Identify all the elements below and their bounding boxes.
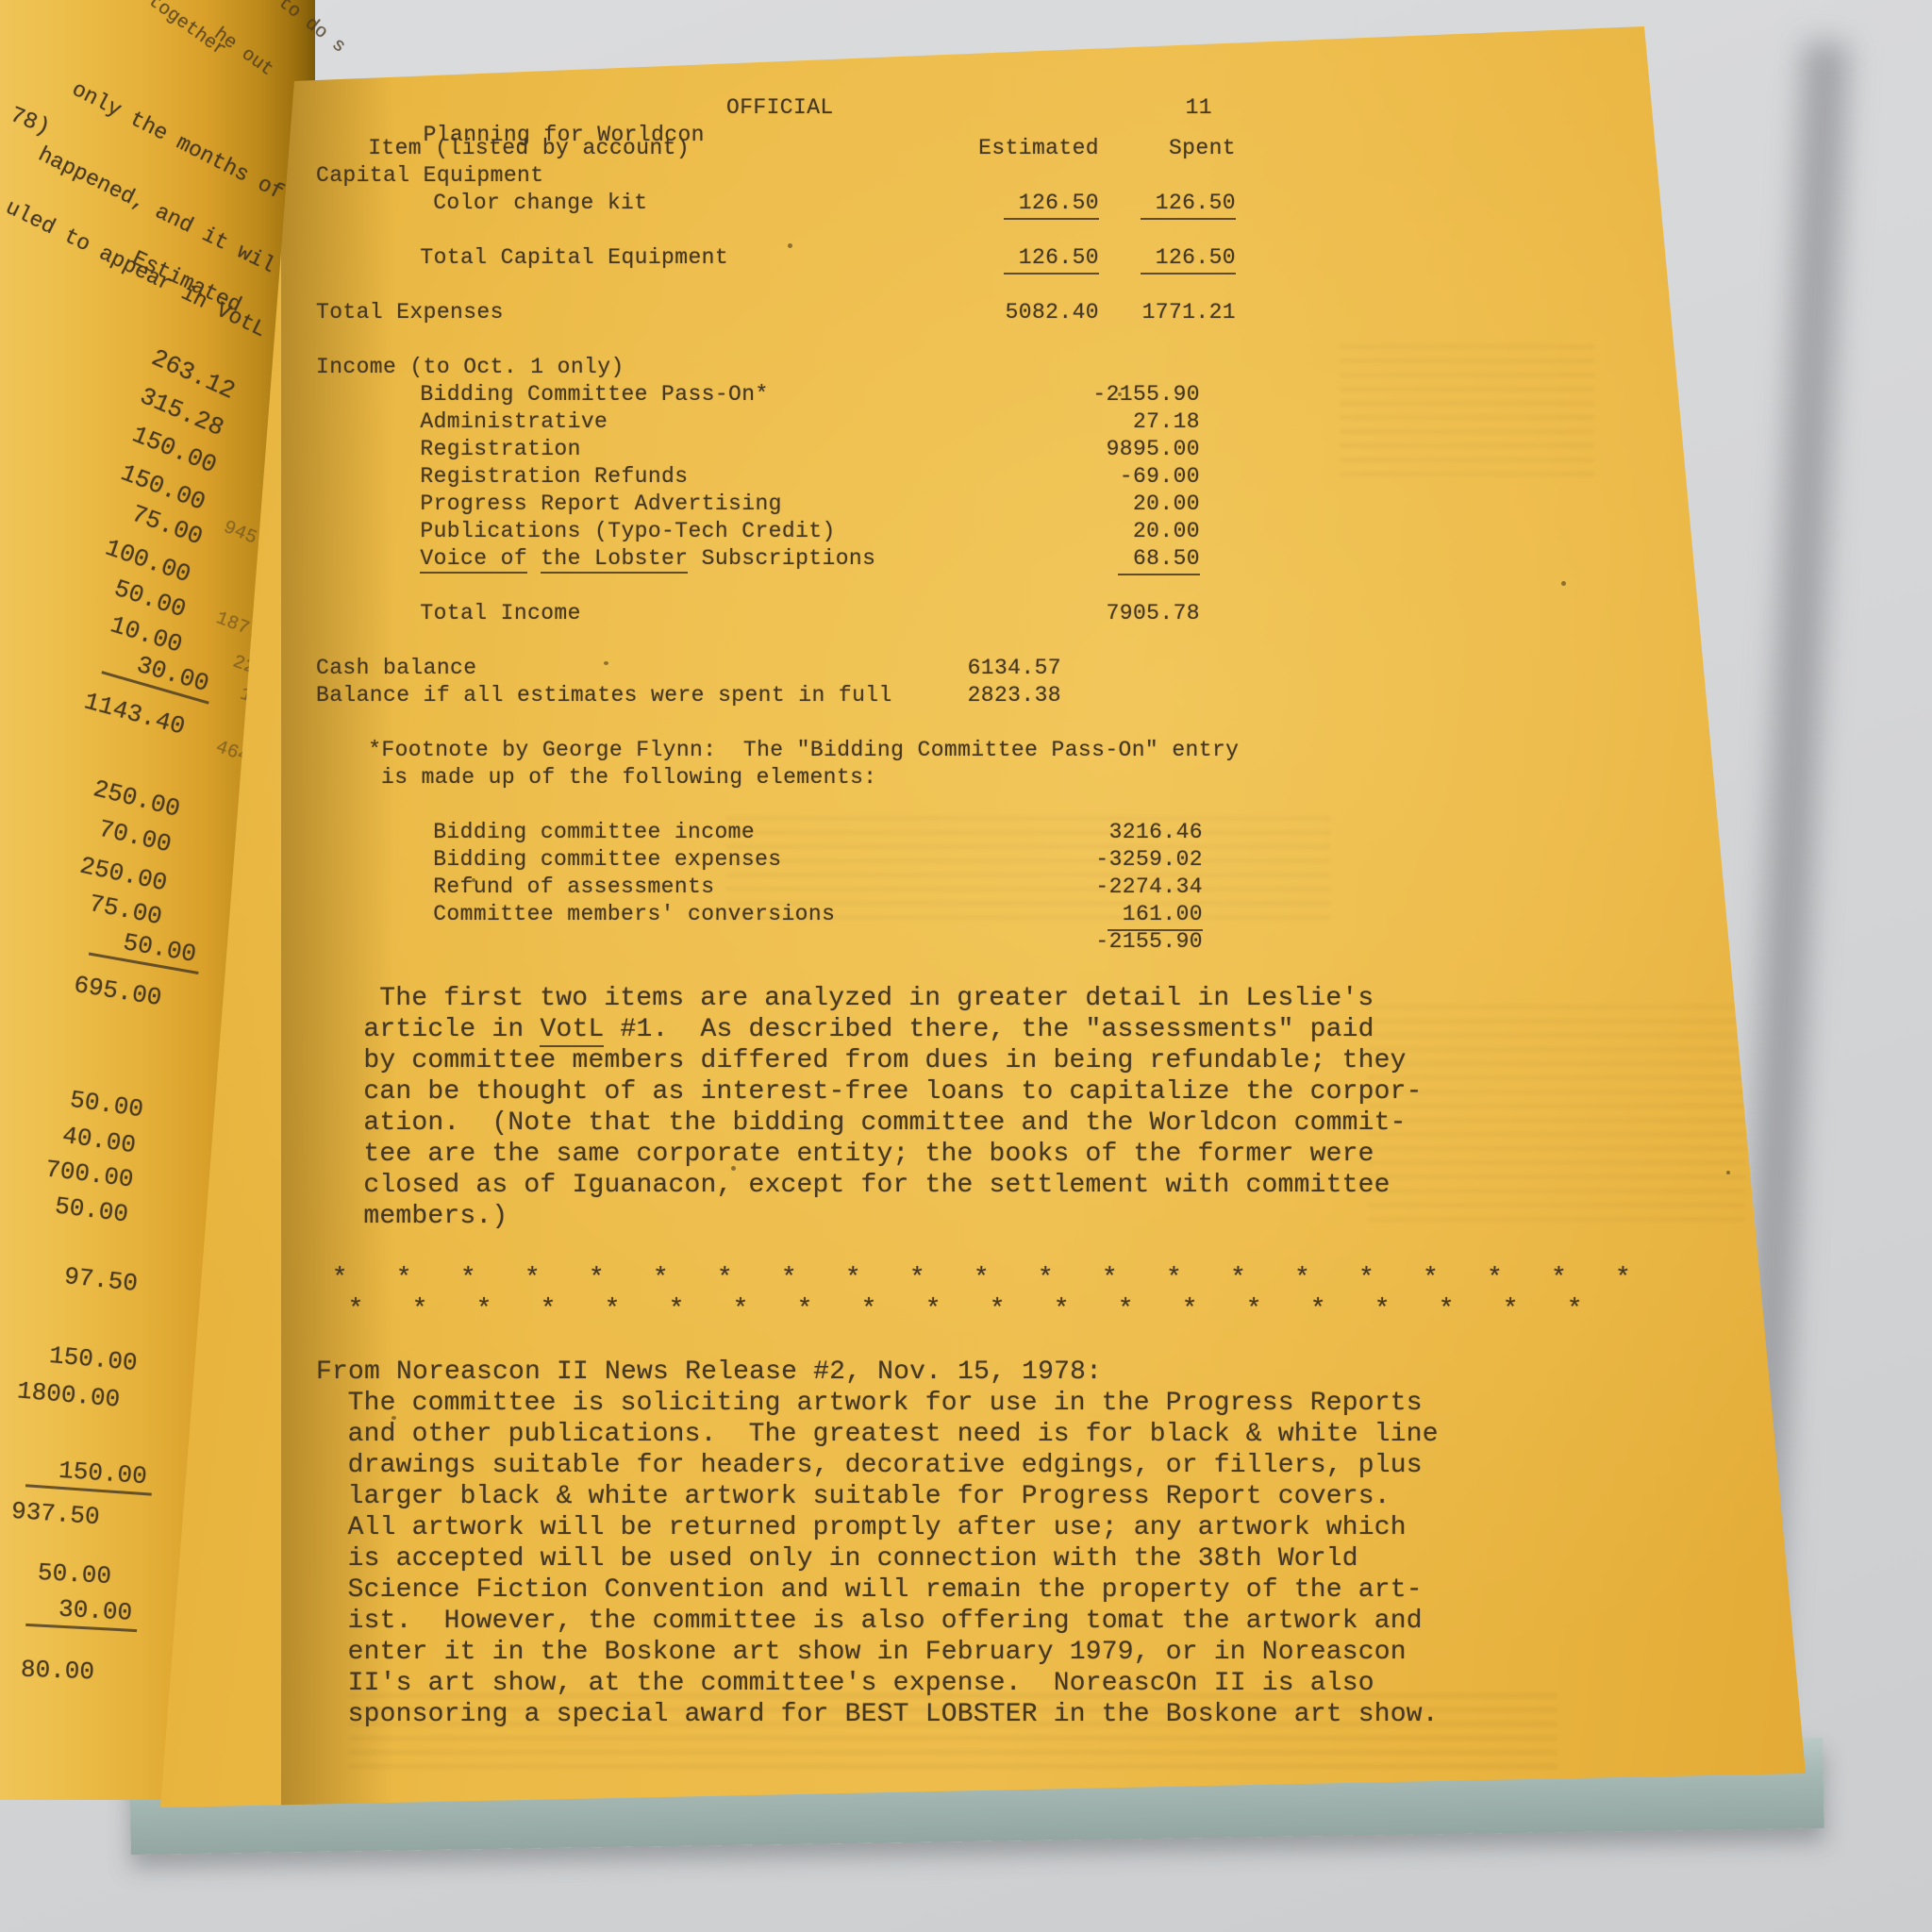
line-label: Total Expenses	[316, 300, 504, 325]
line-text: Subscriptions	[688, 546, 875, 571]
line-text: VotL	[540, 1015, 604, 1047]
doc-line	[316, 956, 1807, 983]
line-text: ation. (Note that the bidding committee …	[363, 1108, 1406, 1138]
line-label: Color change kit	[316, 191, 647, 215]
doc-line: Bidding committee expenses-3259.02	[316, 846, 1807, 874]
line-label: by committee members differed from dues …	[316, 1046, 1407, 1075]
page-number: 11	[1186, 94, 1212, 122]
doc-line: *Footnote by George Flynn: The "Bidding …	[316, 737, 1807, 764]
line-text: Progress Report Advertising	[420, 491, 781, 516]
line-label: sponsoring a special award for BEST LOBS…	[316, 1700, 1439, 1729]
left-page-amount: 150.00	[48, 1341, 139, 1377]
line-text: Committee members' conversions	[433, 902, 835, 926]
doc-line: Total Expenses5082.401771.21	[316, 299, 1807, 326]
doc-line: Balance if all estimates were spent in f…	[316, 682, 1807, 709]
amount-fn: -2274.34	[1095, 874, 1203, 901]
left-page-amount: 80.00	[21, 1656, 95, 1687]
doc-line: Cash balance6134.57	[316, 655, 1807, 682]
doc-line	[316, 1232, 1807, 1263]
line-label: Registration Refunds	[316, 464, 688, 489]
doc-line: drawings suitable for headers, decorativ…	[316, 1450, 1807, 1481]
left-page-amount: 50.00	[68, 1086, 144, 1124]
line-label: is made up of the following elements:	[316, 765, 876, 790]
amount-est: 5082.40	[1006, 299, 1099, 326]
doc-line: enter it in the Boskone art show in Febr…	[316, 1637, 1807, 1668]
left-page-amount: 1800.00	[16, 1376, 121, 1413]
right-page: Planning for Worldcon OFFICIAL 11 Item (…	[160, 25, 1807, 1809]
line-text: II's art show, at the committee's expens…	[348, 1669, 1374, 1698]
line-text: Voice of	[420, 546, 527, 574]
photo-of-open-fanzine: togetherhe outer to do sonly the months …	[0, 0, 1932, 1932]
doc-line: Income (to Oct. 1 only)	[316, 354, 1807, 381]
doc-line: Progress Report Advertising20.00	[316, 491, 1807, 518]
document-body: Item (listed by account)EstimatedSpentCa…	[316, 135, 1807, 1730]
left-page-amount: 50.00	[89, 923, 204, 974]
doc-line: Voice of the Lobster Subscriptions68.50	[316, 545, 1807, 573]
doc-line: Registration9895.00	[316, 436, 1807, 463]
line-text: Balance if all estimates were spent in f…	[316, 683, 892, 708]
amount-inc: 9895.00	[1107, 436, 1200, 463]
line-text: larger black & white artwork suitable fo…	[348, 1482, 1391, 1511]
amount-cash: 2823.38	[968, 682, 1061, 709]
line-text: drawings suitable for headers, decorativ…	[348, 1451, 1423, 1480]
left-page-fragment: only the months of Se	[68, 77, 323, 224]
amount-inc: 7905.78	[1107, 600, 1200, 627]
line-label: article in VotL #1. As described there, …	[316, 1015, 1374, 1044]
line-label: Registration	[316, 437, 581, 461]
doc-line	[316, 791, 1807, 819]
doc-line: ist. However, the committee is also offe…	[316, 1606, 1807, 1637]
amount-inc: -69.00	[1120, 463, 1200, 491]
amount-inc: 27.18	[1133, 408, 1200, 436]
line-label: Administrative	[316, 409, 608, 434]
line-text: Item (listed by account)	[368, 136, 690, 160]
amount-cash: 6134.57	[968, 655, 1061, 682]
line-label: Bidding committee income	[316, 820, 755, 844]
line-text: Total Capital Equipment	[420, 245, 728, 270]
left-page-amount: 50.00	[37, 1558, 111, 1591]
line-label: Committee members' conversions	[316, 902, 835, 926]
line-label: Publications (Typo-Tech Credit)	[316, 519, 836, 543]
doc-line: The first two items are analyzed in grea…	[316, 983, 1807, 1014]
doc-line: Total Income7905.78	[316, 600, 1807, 627]
amount-inc: -2155.90	[1092, 381, 1200, 408]
line-label: ation. (Note that the bidding committee …	[316, 1108, 1407, 1138]
doc-line: tee are the same corporate entity; the b…	[316, 1139, 1807, 1170]
doc-line: Total Capital Equipment126.50126.50	[316, 244, 1807, 272]
amount-spent: 126.50	[1141, 244, 1236, 275]
doc-line: -2155.90	[316, 928, 1807, 956]
left-page-amount: 700.00	[44, 1155, 136, 1193]
line-text: and other publications. The greatest nee…	[348, 1420, 1439, 1449]
doc-line: by committee members differed from dues …	[316, 1045, 1807, 1076]
line-text: Cash balance	[316, 656, 476, 680]
amount-spent: 1771.21	[1142, 299, 1236, 326]
line-label: Total Capital Equipment	[316, 245, 728, 270]
line-label: Capital Equipment	[316, 163, 543, 188]
doc-line	[316, 627, 1807, 655]
amount-spent: Spent	[1169, 135, 1236, 162]
line-text: ist. However, the committee is also offe…	[348, 1607, 1423, 1636]
line-label: Science Fiction Convention and will rema…	[316, 1575, 1423, 1605]
line-text: members.)	[363, 1202, 508, 1231]
line-text: can be thought of as interest-free loans…	[363, 1077, 1422, 1107]
amount-fn: 161.00	[1108, 901, 1203, 931]
line-label: and other publications. The greatest nee…	[316, 1420, 1439, 1449]
line-text: All artwork will be returned promptly af…	[348, 1513, 1407, 1542]
line-label: From Noreascon II News Release #2, Nov. …	[316, 1357, 1102, 1387]
doc-line: Color change kit126.50126.50	[316, 190, 1807, 217]
amount-inc: 20.00	[1133, 518, 1200, 545]
doc-line: Bidding Committee Pass-On*-2155.90	[316, 381, 1807, 408]
line-label: Item (listed by account)	[316, 136, 690, 160]
line-label: The committee is soliciting artwork for …	[316, 1389, 1423, 1418]
line-text: Publications (Typo-Tech Credit)	[420, 519, 835, 543]
line-text: Total Expenses	[316, 300, 504, 325]
doc-line	[316, 272, 1807, 299]
amount-spent: 126.50	[1141, 190, 1236, 220]
doc-line: larger black & white artwork suitable fo…	[316, 1481, 1807, 1512]
page-content: Planning for Worldcon OFFICIAL 11 Item (…	[160, 25, 1807, 1809]
line-label: Voice of the Lobster Subscriptions	[316, 546, 875, 571]
doc-line: is made up of the following elements:	[316, 764, 1807, 791]
line-text: sponsoring a special award for BEST LOBS…	[348, 1700, 1439, 1729]
doc-line: Administrative27.18	[316, 408, 1807, 436]
line-label: Total Income	[316, 601, 581, 625]
doc-line: and other publications. The greatest nee…	[316, 1419, 1807, 1450]
amount-est: 126.50	[1004, 244, 1099, 275]
line-text: is accepted will be used only in connect…	[348, 1544, 1358, 1574]
page-header: Planning for Worldcon OFFICIAL 11	[316, 94, 1807, 122]
line-label: drawings suitable for headers, decorativ…	[316, 1451, 1423, 1480]
line-label: tee are the same corporate entity; the b…	[316, 1140, 1374, 1169]
doc-line	[316, 217, 1807, 244]
line-text: is made up of the following elements:	[381, 765, 876, 790]
line-label: closed as of Iguanacon, except for the s…	[316, 1171, 1391, 1200]
line-text: The committee is soliciting artwork for …	[348, 1389, 1423, 1418]
left-page-amount: 40.00	[60, 1122, 137, 1160]
line-text: Bidding committee income	[433, 820, 755, 844]
left-page-amount: 97.50	[63, 1262, 140, 1298]
doc-line	[316, 573, 1807, 600]
line-label: II's art show, at the committee's expens…	[316, 1669, 1374, 1698]
left-page-amount: 50.00	[53, 1191, 129, 1228]
line-label: enter it in the Boskone art show in Febr…	[316, 1638, 1407, 1667]
line-label: Balance if all estimates were spent in f…	[316, 683, 892, 708]
line-text: Registration	[420, 437, 580, 461]
left-page-amount: 30.00	[25, 1593, 139, 1632]
doc-line: article in VotL #1. As described there, …	[316, 1014, 1807, 1045]
doc-line: Capital Equipment	[316, 162, 1807, 190]
line-text: Refund of assessments	[433, 874, 714, 899]
doc-line: ation. (Note that the bidding committee …	[316, 1108, 1807, 1139]
line-text: enter it in the Boskone art show in Febr…	[348, 1638, 1407, 1667]
left-page-amount: 937.50	[10, 1497, 100, 1531]
amount-fn: -3259.02	[1095, 846, 1203, 874]
line-text: Registration Refunds	[420, 464, 688, 489]
line-label: * * * * * * * * * * * * * * * * * * * * …	[316, 1264, 1631, 1293]
line-text: * * * * * * * * * * * * * * * * * * * *	[348, 1295, 1583, 1324]
doc-line	[316, 326, 1807, 354]
left-page-fragment: 78)	[7, 103, 54, 142]
line-label: The first two items are analyzed in grea…	[316, 984, 1374, 1013]
amount-est: 126.50	[1004, 190, 1099, 220]
left-page-amount: 1143.40	[81, 687, 188, 741]
line-label: is accepted will be used only in connect…	[316, 1544, 1358, 1574]
line-text	[527, 546, 541, 571]
doc-line	[316, 709, 1807, 737]
line-label: larger black & white artwork suitable fo…	[316, 1482, 1391, 1511]
line-label: Progress Report Advertising	[316, 491, 782, 516]
line-text: the Lobster	[541, 546, 688, 574]
doc-line: members.)	[316, 1201, 1807, 1232]
line-text: Bidding Committee Pass-On*	[420, 382, 768, 407]
line-text: Administrative	[420, 409, 608, 434]
line-label: All artwork will be returned promptly af…	[316, 1513, 1407, 1542]
doc-line: Item (listed by account)EstimatedSpent	[316, 135, 1807, 162]
line-text: Capital Equipment	[316, 163, 543, 188]
line-text: article in	[363, 1015, 540, 1044]
left-page-amount: 150.00	[25, 1454, 154, 1495]
doc-line: Refund of assessments-2274.34	[316, 874, 1807, 901]
left-page-fragment: er to do s	[247, 0, 350, 58]
amount-fn: 3216.46	[1109, 819, 1203, 846]
doc-line: The committee is soliciting artwork for …	[316, 1388, 1807, 1419]
doc-line	[316, 1325, 1807, 1357]
line-text: closed as of Iguanacon, except for the s…	[363, 1171, 1390, 1200]
doc-line: is accepted will be used only in connect…	[316, 1543, 1807, 1574]
line-text: *Footnote by George Flynn: The "Bidding …	[368, 738, 1239, 762]
line-text: Color change kit	[433, 191, 647, 215]
line-text: #1. As described there, the "assessments…	[604, 1015, 1374, 1044]
doc-line: can be thought of as interest-free loans…	[316, 1076, 1807, 1108]
line-text: Bidding committee expenses	[433, 847, 781, 872]
doc-line: Science Fiction Convention and will rema…	[316, 1574, 1807, 1606]
doc-line: * * * * * * * * * * * * * * * * * * * * …	[316, 1263, 1807, 1294]
doc-line: sponsoring a special award for BEST LOBS…	[316, 1699, 1807, 1730]
doc-line: Bidding committee income3216.46	[316, 819, 1807, 846]
line-label: members.)	[316, 1202, 508, 1231]
header-official-label: OFFICIAL	[726, 94, 834, 122]
amount-est: Estimated	[978, 135, 1099, 162]
amount-inc: 20.00	[1133, 491, 1200, 518]
amount-fn: -2155.90	[1095, 928, 1203, 956]
line-text: Total Income	[420, 601, 580, 625]
line-label: *Footnote by George Flynn: The "Bidding …	[316, 738, 1239, 762]
doc-line: Registration Refunds-69.00	[316, 463, 1807, 491]
doc-line: closed as of Iguanacon, except for the s…	[316, 1170, 1807, 1201]
line-label: Refund of assessments	[316, 874, 714, 899]
line-label: Bidding committee expenses	[316, 847, 781, 872]
line-label: Cash balance	[316, 656, 476, 680]
line-text: tee are the same corporate entity; the b…	[363, 1140, 1374, 1169]
line-label: Income (to Oct. 1 only)	[316, 355, 625, 379]
left-page-amount: 70.00	[96, 815, 175, 859]
doc-line: II's art show, at the committee's expens…	[316, 1668, 1807, 1699]
line-label: can be thought of as interest-free loans…	[316, 1077, 1423, 1107]
doc-line: All artwork will be returned promptly af…	[316, 1512, 1807, 1543]
line-label: * * * * * * * * * * * * * * * * * * * *	[316, 1295, 1583, 1324]
line-text: by committee members differed from dues …	[363, 1046, 1406, 1075]
line-text: Science Fiction Convention and will rema…	[348, 1575, 1423, 1605]
line-label: Bidding Committee Pass-On*	[316, 382, 769, 407]
doc-line: Publications (Typo-Tech Credit)20.00	[316, 518, 1807, 545]
line-text: * * * * * * * * * * * * * * * * * * * * …	[332, 1264, 1631, 1293]
line-text: From Noreascon II News Release #2, Nov. …	[316, 1357, 1102, 1387]
left-page-amount: 695.00	[72, 971, 163, 1012]
doc-line: From Noreascon II News Release #2, Nov. …	[316, 1357, 1807, 1388]
line-text: Income (to Oct. 1 only)	[316, 355, 625, 379]
line-text: The first two items are analyzed in grea…	[379, 984, 1374, 1013]
doc-line: Committee members' conversions161.00	[316, 901, 1807, 928]
amount-inc: 68.50	[1118, 545, 1200, 575]
doc-line: * * * * * * * * * * * * * * * * * * * *	[316, 1294, 1807, 1325]
line-label: ist. However, the committee is also offe…	[316, 1607, 1423, 1636]
